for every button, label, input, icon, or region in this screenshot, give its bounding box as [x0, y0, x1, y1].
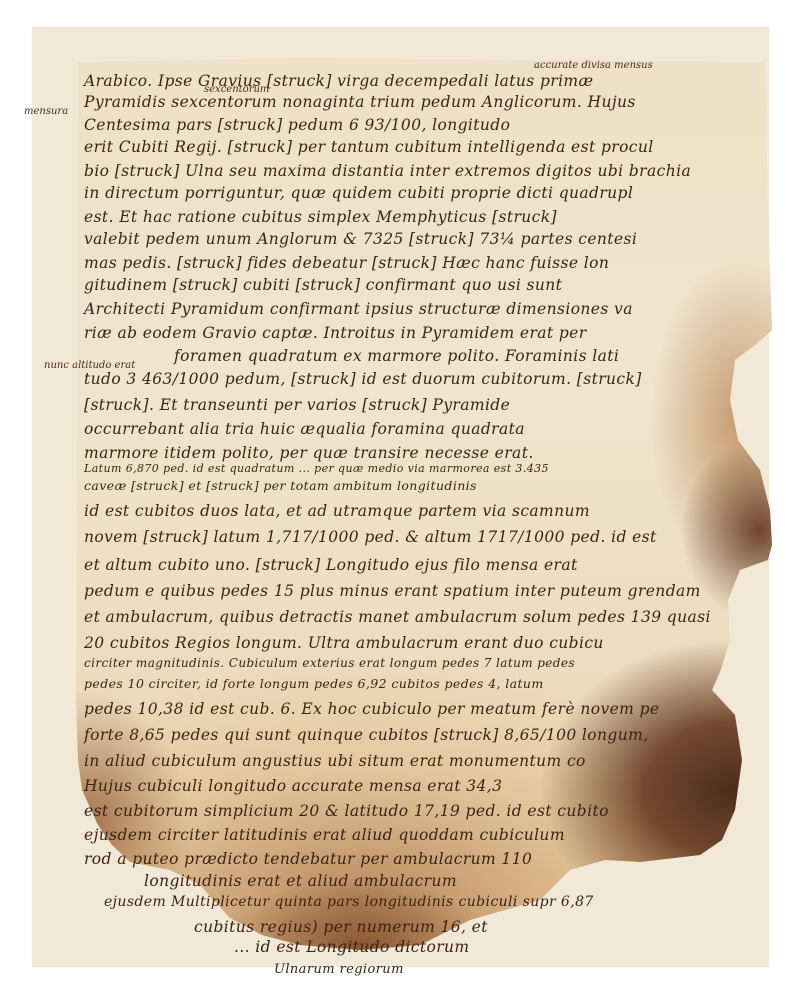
- manuscript-line: ... id est Longitudo dictorum: [234, 938, 470, 956]
- manuscript-line: novem [struck] latum 1,717/1000 ped. & a…: [84, 528, 657, 546]
- manuscript-text: Arabico. Ipse Gravius [struck] virga dec…: [84, 62, 774, 962]
- manuscript-line: [struck]. Et transeunti per varios [stru…: [84, 396, 510, 414]
- manuscript-line: Architecti Pyramidum confirmant ipsius s…: [84, 300, 633, 318]
- manuscript-line: riæ ab eodem Gravio captæ. Introitus in …: [84, 324, 587, 342]
- manuscript-line: in aliud cubiculum angustius ubi situm e…: [84, 752, 586, 770]
- manuscript-line: foramen quadratum ex marmore polito. For…: [174, 347, 619, 365]
- manuscript-line: longitudinis erat et aliud ambulacrum: [144, 872, 457, 890]
- manuscript-line: Arabico. Ipse Gravius [struck] virga dec…: [84, 72, 594, 90]
- manuscript-line: Hujus cubiculi longitudo accurate mensa …: [84, 777, 502, 795]
- manuscript-line: est. Et hac ratione cubitus simplex Memp…: [84, 208, 557, 226]
- manuscript-line: pedum e quibus pedes 15 plus minus erant…: [84, 582, 701, 600]
- manuscript-line: rod a puteo prædicto tendebatur per ambu…: [84, 850, 532, 868]
- manuscript-line: et altum cubito uno. [struck] Longitudo …: [84, 556, 578, 574]
- manuscript-line: Centesima pars [struck] pedum 6 93/100, …: [84, 116, 510, 134]
- margin-note: accurate divisa mensus: [534, 60, 653, 71]
- manuscript-line: bio [struck] Ulna seu maxima distantia i…: [84, 162, 691, 180]
- manuscript-line: tudo 3 463/1000 pedum, [struck] id est d…: [84, 370, 642, 388]
- margin-note: mensura: [24, 106, 68, 117]
- manuscript-line: forte 8,65 pedes qui sunt quinque cubito…: [84, 726, 649, 744]
- manuscript-line: caveæ [struck] et [struck] per totam amb…: [84, 478, 477, 493]
- manuscript-line: gitudinem [struck] cubiti [struck] confi…: [84, 276, 562, 294]
- margin-note: sexcentorum: [204, 84, 269, 95]
- manuscript-line: Pyramidis sexcentorum nonaginta trium pe…: [84, 93, 636, 111]
- manuscript-line: ejusdem circiter latitudinis erat aliud …: [84, 826, 565, 844]
- manuscript-line: circiter magnitudinis. Cubiculum exteriu…: [84, 656, 575, 670]
- manuscript-line: pedes 10 circiter, id forte longum pedes…: [84, 676, 544, 691]
- manuscript-line: erit Cubiti Regij. [struck] per tantum c…: [84, 138, 654, 156]
- manuscript-line: ejusdem Multiplicetur quinta pars longit…: [104, 894, 594, 910]
- manuscript-line: mas pedis. [struck] fides debeatur [stru…: [84, 254, 609, 272]
- manuscript-line: in directum porriguntur, quæ quidem cubi…: [84, 184, 633, 202]
- margin-note: nunc altitudo erat: [44, 360, 135, 371]
- manuscript-line: occurrebant alia tria huic æqualia foram…: [84, 420, 525, 438]
- manuscript-line: id est cubitos duos lata, et ad utramque…: [84, 502, 590, 520]
- manuscript-line: et ambulacrum, quibus detractis manet am…: [84, 608, 711, 626]
- manuscript-line: 20 cubitos Regios longum. Ultra ambulacr…: [84, 634, 604, 652]
- manuscript-line: est cubitorum simplicium 20 & latitudo 1…: [84, 802, 609, 820]
- manuscript-line: Latum 6,870 ped. id est quadratum ... pe…: [84, 462, 549, 475]
- manuscript-line: Ulnarum regiorum: [274, 962, 404, 977]
- manuscript-line: pedes 10,38 id est cub. 6. Ex hoc cubicu…: [84, 700, 660, 718]
- manuscript-line: marmore itidem polito, per quæ transire …: [84, 444, 534, 462]
- manuscript-line: cubitus regius) per numerum 16, et: [194, 918, 488, 936]
- manuscript-line: valebit pedem unum Anglorum & 7325 [stru…: [84, 230, 637, 248]
